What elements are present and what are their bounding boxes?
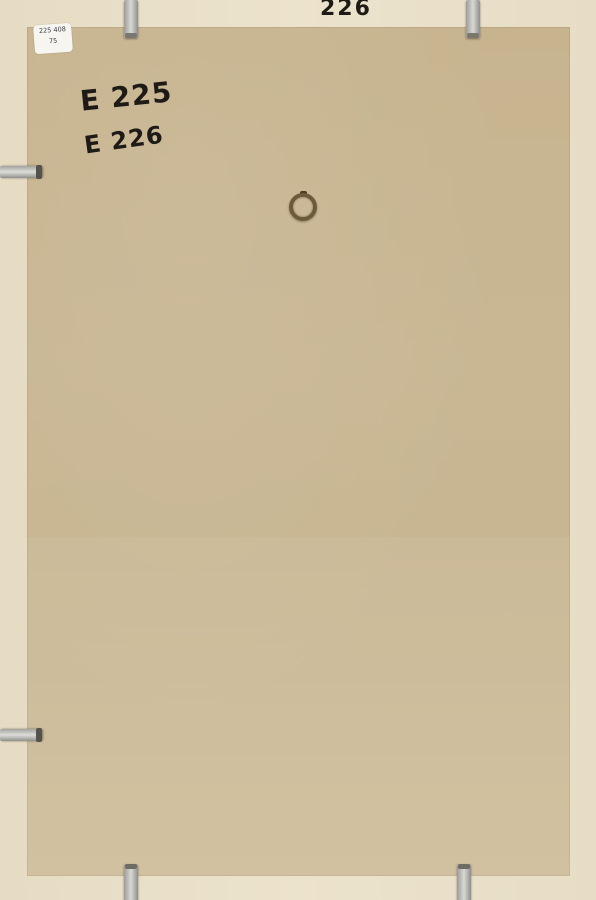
hanging-ring-icon: [289, 193, 317, 221]
inventory-sticker: 225 408 75: [33, 23, 73, 55]
clip-bottom-left: [124, 864, 138, 900]
clip-bottom-right: [457, 864, 471, 900]
picture-frame-back: 226 225 408 75 E 225 E 226: [0, 0, 596, 900]
backing-lower-panel: [27, 537, 570, 876]
top-edge-number: 226: [320, 0, 372, 21]
clip-top-right: [466, 0, 480, 38]
clip-top-left: [124, 0, 138, 38]
clip-left-upper: [0, 166, 42, 178]
clip-left-lower: [0, 729, 42, 741]
